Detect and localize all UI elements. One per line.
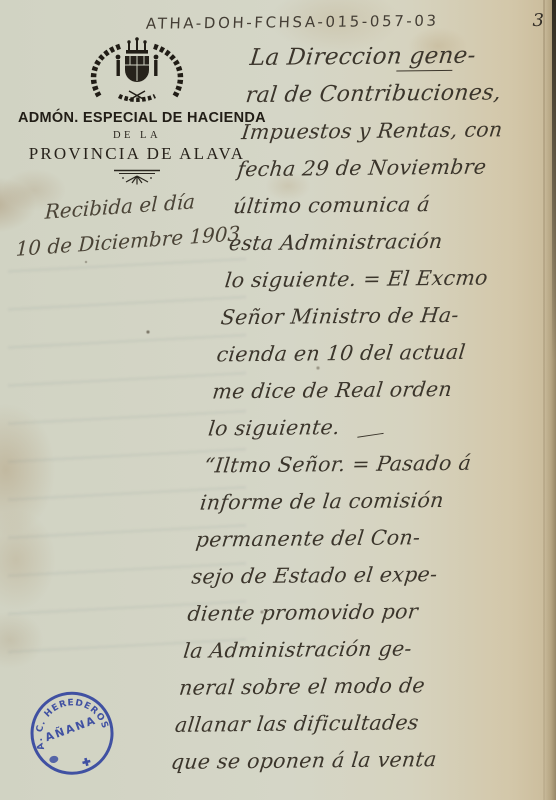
manuscript-line: me dice de Real orden: [210, 370, 516, 410]
manuscript-line: Impuestos y Rentas, con: [240, 111, 546, 151]
letterhead: ADMÓN. ESPECIAL DE HACIENDA DE LA PROVIN…: [18, 34, 256, 186]
manuscript-line: lo siguiente.: [206, 407, 512, 447]
manuscript-line: esta Administración: [227, 222, 533, 262]
manuscript-line: ral de Contribuciones,: [244, 74, 550, 114]
page-number: 3: [533, 10, 544, 31]
svg-text:AÑANA: AÑANA: [43, 714, 98, 745]
ornament-divider-icon: [113, 169, 161, 186]
archive-reference: ATHA-DOH-FCHSA-015-057-03: [146, 11, 477, 32]
manuscript-line: lo siguiente. = El Excmo: [223, 259, 529, 299]
manuscript-line: permanente del Con-: [194, 518, 500, 558]
coat-of-arms-icon: [81, 34, 193, 106]
manuscript-line: fecha 29 de Noviembre: [235, 148, 541, 188]
scanned-document-page: ATHA-DOH-FCHSA-015-057-03 3: [0, 0, 556, 800]
heirs-salinas-anana-stamp: A. C. HEREDEROS SALINAS AÑANA: [11, 671, 135, 795]
manuscript-line: diente promovido por: [186, 593, 492, 633]
manuscript-line: allanar las dificultades: [173, 704, 479, 744]
letterhead-subtitle: DE LA: [18, 130, 256, 141]
manuscript-line: sejo de Estado el expe-: [190, 555, 496, 595]
manuscript-line: la Administración ge-: [181, 630, 487, 670]
manuscript-line: “Iltmo Señor. = Pasado á: [202, 444, 508, 484]
svg-text:A. C. HEREDEROS SALINAS: A. C. HEREDEROS SALINAS: [11, 671, 111, 755]
scan-edge-shadow: [552, 0, 556, 360]
letterhead-title: ADMÓN. ESPECIAL DE HACIENDA: [18, 110, 256, 126]
manuscript-line: cienda en 10 del actual: [215, 333, 521, 373]
manuscript-line: neral sobre el modo de: [177, 667, 483, 707]
manuscript-line: que se oponen á la venta: [169, 741, 475, 781]
manuscript-line: informe de la comisión: [198, 481, 504, 521]
manuscript-line: Señor Ministro de Ha-: [219, 296, 525, 336]
letterhead-province: PROVINCIA DE ALAVA: [18, 144, 256, 164]
manuscript-line: La Direccion gene-: [248, 37, 554, 77]
manuscript-line: último comunica á: [231, 185, 537, 225]
